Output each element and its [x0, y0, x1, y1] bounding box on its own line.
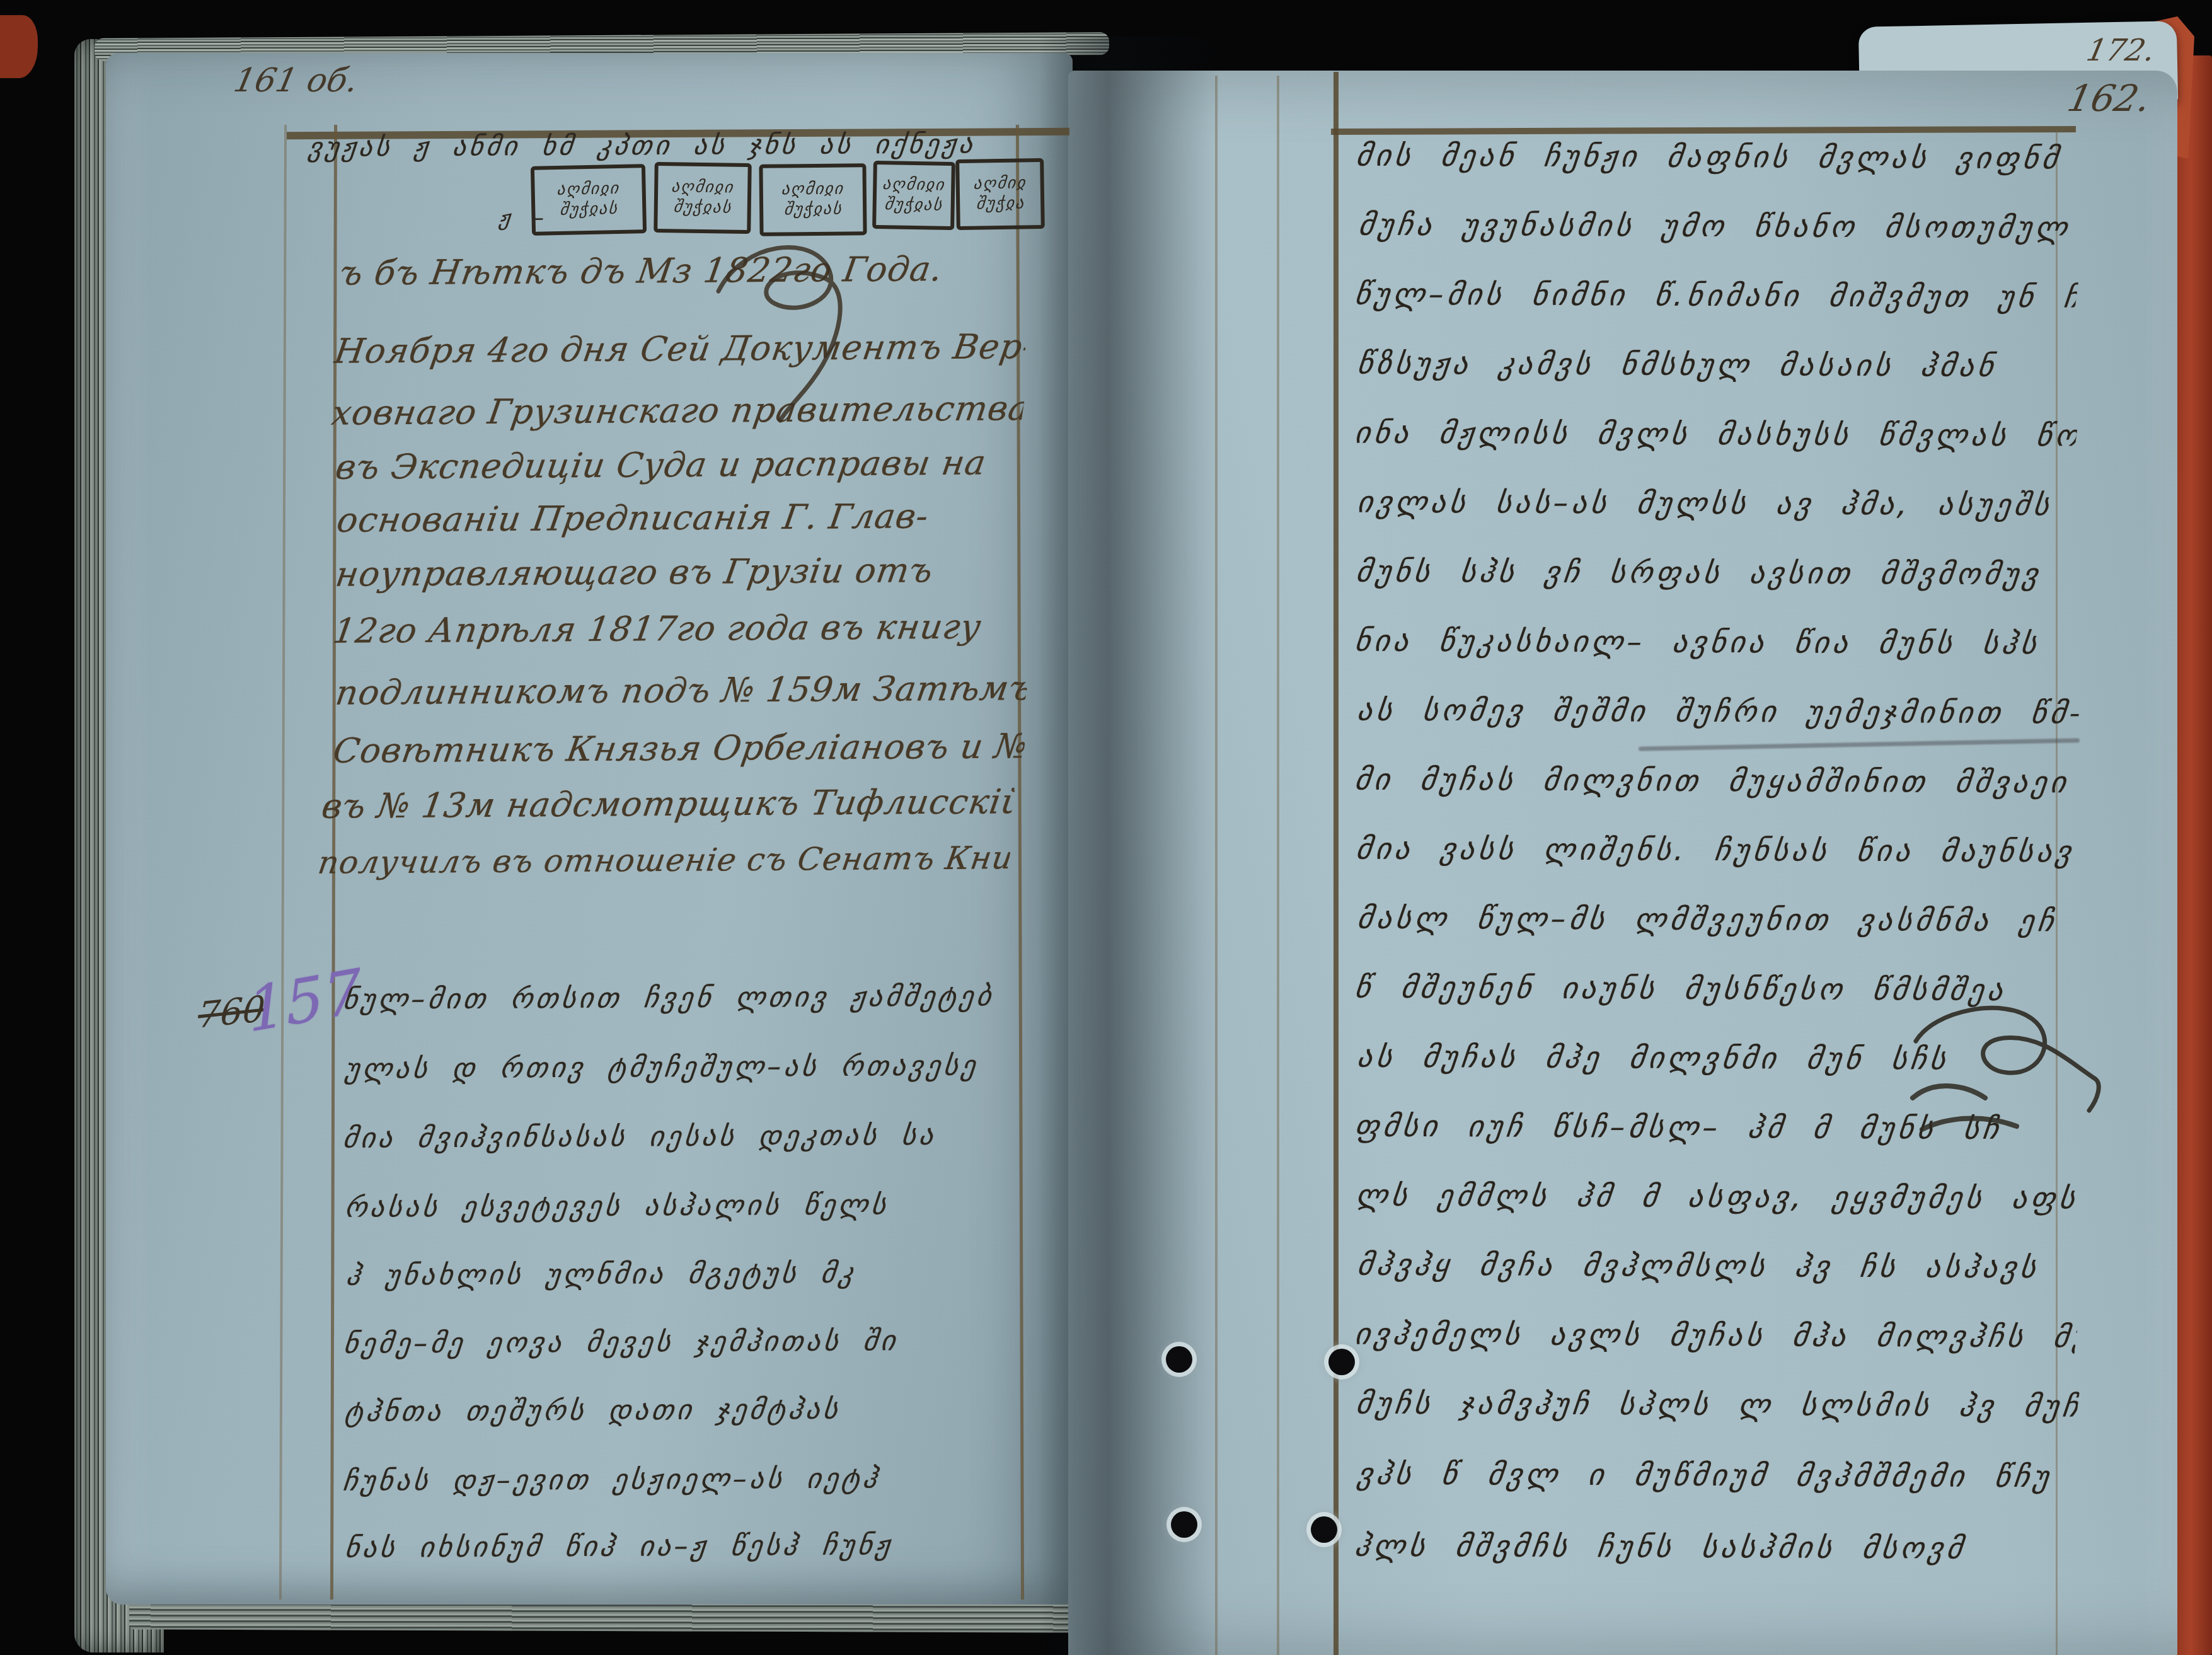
folio-number-172: 172.: [2083, 33, 2158, 68]
stitch-hole: [1311, 1516, 1337, 1543]
georgian-line: მუნს სჰს ვჩ სრფას ავსით მშვმომუვ: [1354, 555, 2080, 592]
stitch-hole: [1328, 1349, 1355, 1375]
stamp-box-text: შუჭჲას: [783, 200, 843, 219]
stamp-box-text: აღმიჲ: [972, 174, 1027, 193]
russian-line: въ № 13м надсмотрщикъ Тифлисскій: [320, 781, 1017, 826]
georgian-line: წულ–მის ნიმნი წ.ნიმანი მიშვმუთ უნ ჩუნს: [1353, 277, 2078, 315]
georgian-line: მია ვასს ლიშენს. ჩუნსას წია მაუნსავ: [1354, 832, 2080, 870]
red-cover-edge: [2173, 55, 2212, 1655]
georgian-line: წზსუჟა კამვს ნმსხულ მასაის ჰმან: [1356, 347, 2081, 384]
georgian-line: წ მშეუნენ იაუნს მუსნწესო წმსმშეა: [1353, 971, 2078, 1008]
russian-line: 12го Апрѣля 1817го года въ книгу: [331, 606, 1028, 651]
folio-number-162: 162.: [2064, 77, 2155, 120]
georgian-line: მი მუჩას მილვნით მუყამშინით მშვაეი: [1353, 763, 2078, 800]
red-cover-left-corner: [0, 15, 38, 78]
russian-line: подлинникомъ подъ № 159м Затѣмъ: [333, 668, 1030, 713]
georgian-line: ინა მჟლისს მვლს მასხუსს წმვლას წომ: [1353, 416, 2078, 454]
georgian-line: ტჰნთა თეშურს დათი ჯემტჰას: [343, 1392, 1028, 1428]
georgian-header-line: ვუჟას ჟ ანმი ხმ კპთი ას ჯნს ას იქნეჟა: [307, 128, 1010, 163]
russian-line: Ноября 4го дня Сей Документъ Вер-: [332, 326, 1029, 371]
russian-line: ховнаго Грузинскаго правительства: [330, 388, 1027, 433]
stamp-box: აღმიჲი შუჭჲას: [654, 162, 752, 234]
georgian-line: ივლას სას–ას მულსს ავ ჰმა, ასუეშს: [1356, 485, 2081, 523]
georgian-line: ნას იხსინუმ წიჰ ია–ჟ წესჰ ჩუნჟ: [343, 1528, 1028, 1564]
georgian-line: ჰ უნახლის ულნმია მგეტუს მკ: [345, 1256, 1030, 1292]
stamp-box-text: შუჭჲას: [672, 198, 733, 217]
russian-line: получилъ въ отношеніе съ Сенатъ Книгу: [316, 839, 1012, 881]
folio-number-161v: 161 об.: [231, 62, 362, 100]
georgian-line: ჰლს მშვმჩს ჩუნს სასჰმის მსოვმ: [1353, 1529, 2078, 1567]
georgian-line: ჩუნას დჟ–ევით ესჟიელ–ას იეტჰ: [342, 1462, 1027, 1497]
georgian-line: რასას ესვეტევეს ასჰალის წელს: [343, 1188, 1028, 1224]
stamp-box-text: აღმიჲი: [882, 175, 947, 195]
right-page-gutter-line-2: [1277, 76, 1279, 1655]
ink-flourish: [706, 234, 895, 424]
georgian-line: ვჰს წ მვლ ი მუწმიუმ მვჰმშმემი წჩუ: [1356, 1457, 2081, 1495]
stamp-box: აღმიჲი შუჭჲას: [759, 163, 867, 236]
stamp-box-text: შუჭჲა: [975, 194, 1025, 214]
russian-line: въ Экспедиціи Суда и расправы на: [333, 442, 1030, 487]
book-scan: 172. 161 об. 162. ვუჟას ჟ ანმი ხმ კპთი ა…: [0, 0, 2212, 1655]
stamp-box-text: შუჭჲას: [884, 195, 944, 215]
stamp-box-text: აღმიჲი: [556, 180, 621, 200]
stamp-box-text: აღმიჲი: [671, 178, 735, 197]
georgian-line: ნემე–მე ეოვა მევეს ჯემჰითას ში: [342, 1324, 1027, 1360]
russian-line: ъ бъ Нѣткъ дъ Мз 1822го Года.: [337, 248, 1034, 293]
georgian-line: ულას დ რთივ ტმუჩეშულ–ას რთავესე: [343, 1049, 1028, 1085]
stamp-box: აღმიჲი შუჭჲას: [531, 164, 647, 236]
stamp-box-text: შუჭჲას: [559, 200, 619, 220]
georgian-line: მჰვჰყ მვჩა მვჰლმსლს ჰვ ჩს ასჰავს: [1356, 1248, 2081, 1286]
right-page-gutter-line-1: [1215, 76, 1218, 1655]
georgian-line: ლს ემმლს ჰმ მ ასფავ, ეყვმუმეს აფს: [1354, 1179, 2080, 1216]
georgian-line: მის მეან ჩუნჟი მაფნის მვლას ვიფნმ იკ: [1354, 139, 2080, 176]
russian-line: Совѣтникъ Князья Орбеліановъ и № 63.: [331, 726, 1028, 771]
stamp-box: აღმიჲ შუჭჲა: [955, 158, 1045, 230]
georgian-line: მია მვიჰვინსასას იესას დეკთას სა: [342, 1119, 1027, 1155]
gutter-shadow: [1039, 37, 1221, 1655]
georgian-line: ივჰემელს ავლს მუჩას მჰა მილვჰჩს მუჩს: [1353, 1317, 2078, 1355]
georgian-line-underlined: ას სომევ შეშმი შუჩრი უემეჯმინით წმ–: [1356, 693, 2081, 731]
russian-line: ноуправляющаго въ Грузіи отъ: [333, 550, 1030, 594]
stitch-hole: [1171, 1511, 1197, 1538]
georgian-line: მასლ წულ–მს ლმშვეუნით ვასმნმა ეჩ: [1356, 901, 2081, 939]
georgian-line: ნია წუკასხაილ– ავნია წია მუნს სჰს: [1353, 624, 2078, 662]
signature-flourish: [1910, 1003, 2124, 1142]
stamp-box-text: აღმიჲი: [781, 180, 845, 200]
georgian-line: მუჩს ჯამვჰუჩ სჰლს ლ სლსმის ჰვ მუჩმ: [1354, 1387, 2080, 1424]
russian-line: основаніи Предписанія Г. Глав-: [335, 495, 1032, 540]
stitch-hole: [1166, 1346, 1192, 1373]
georgian-line: ნულ–მით რთსით ჩვენ ლთივ ჟამშეტებ: [342, 980, 1027, 1016]
georgian-line: მუჩა უვუნასმის უმო წხანო მსოთუმულ: [1357, 208, 2082, 246]
stamp-box: აღმიჲი შუჭჲას: [872, 161, 955, 230]
right-page-margin-line: [1334, 72, 1339, 1655]
